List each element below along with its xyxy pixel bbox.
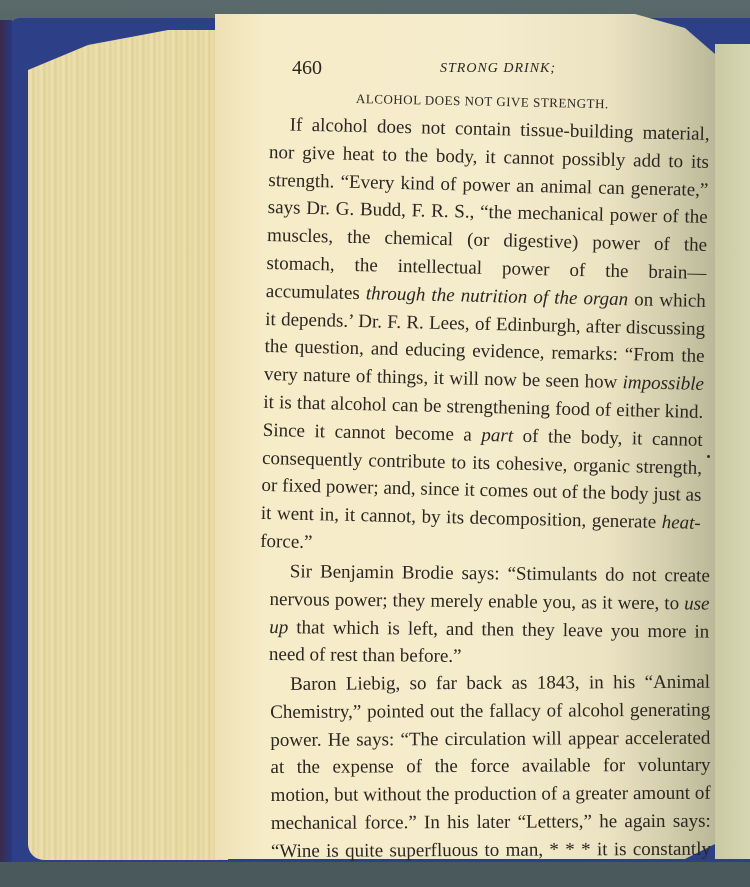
page-text-area: 460 STRONG DRINK; ALCOHOL DOES NOT GIVE …	[270, 55, 710, 887]
facing-page-edge	[715, 44, 750, 859]
italic-segment: heat	[661, 512, 694, 534]
text-segment: Baron Liebig, so far back as 1843, in hi…	[270, 672, 711, 887]
italic-segment: part	[481, 425, 513, 447]
italic-segment: through the nutrition of the organ	[366, 283, 629, 310]
paper-speck	[707, 455, 710, 458]
text-segment: If alcohol does not contain tissue-build…	[266, 114, 710, 304]
page-number: 460	[292, 57, 322, 80]
running-head: 460 STRONG DRINK;	[270, 55, 710, 85]
text-segment: Sir Benjamin Brodie says: “Stimulants do…	[269, 561, 709, 614]
text-segment: that which is left, and then they leave …	[269, 617, 709, 668]
paragraph-budd-lees: If alcohol does not contain tissue-build…	[260, 111, 710, 566]
running-title: STRONG DRINK;	[440, 61, 556, 77]
section-heading: ALCOHOL DOES NOT GIVE STRENGTH.	[356, 91, 710, 114]
book-spine-edge	[0, 20, 12, 887]
background-surface-bottom	[0, 862, 750, 887]
paragraph-brodie: Sir Benjamin Brodie says: “Stimulants do…	[269, 558, 710, 674]
paragraph-liebig: Baron Liebig, so far back as 1843, in hi…	[270, 669, 711, 887]
stacked-page-edges	[28, 30, 228, 860]
italic-segment: impossible	[622, 372, 704, 395]
